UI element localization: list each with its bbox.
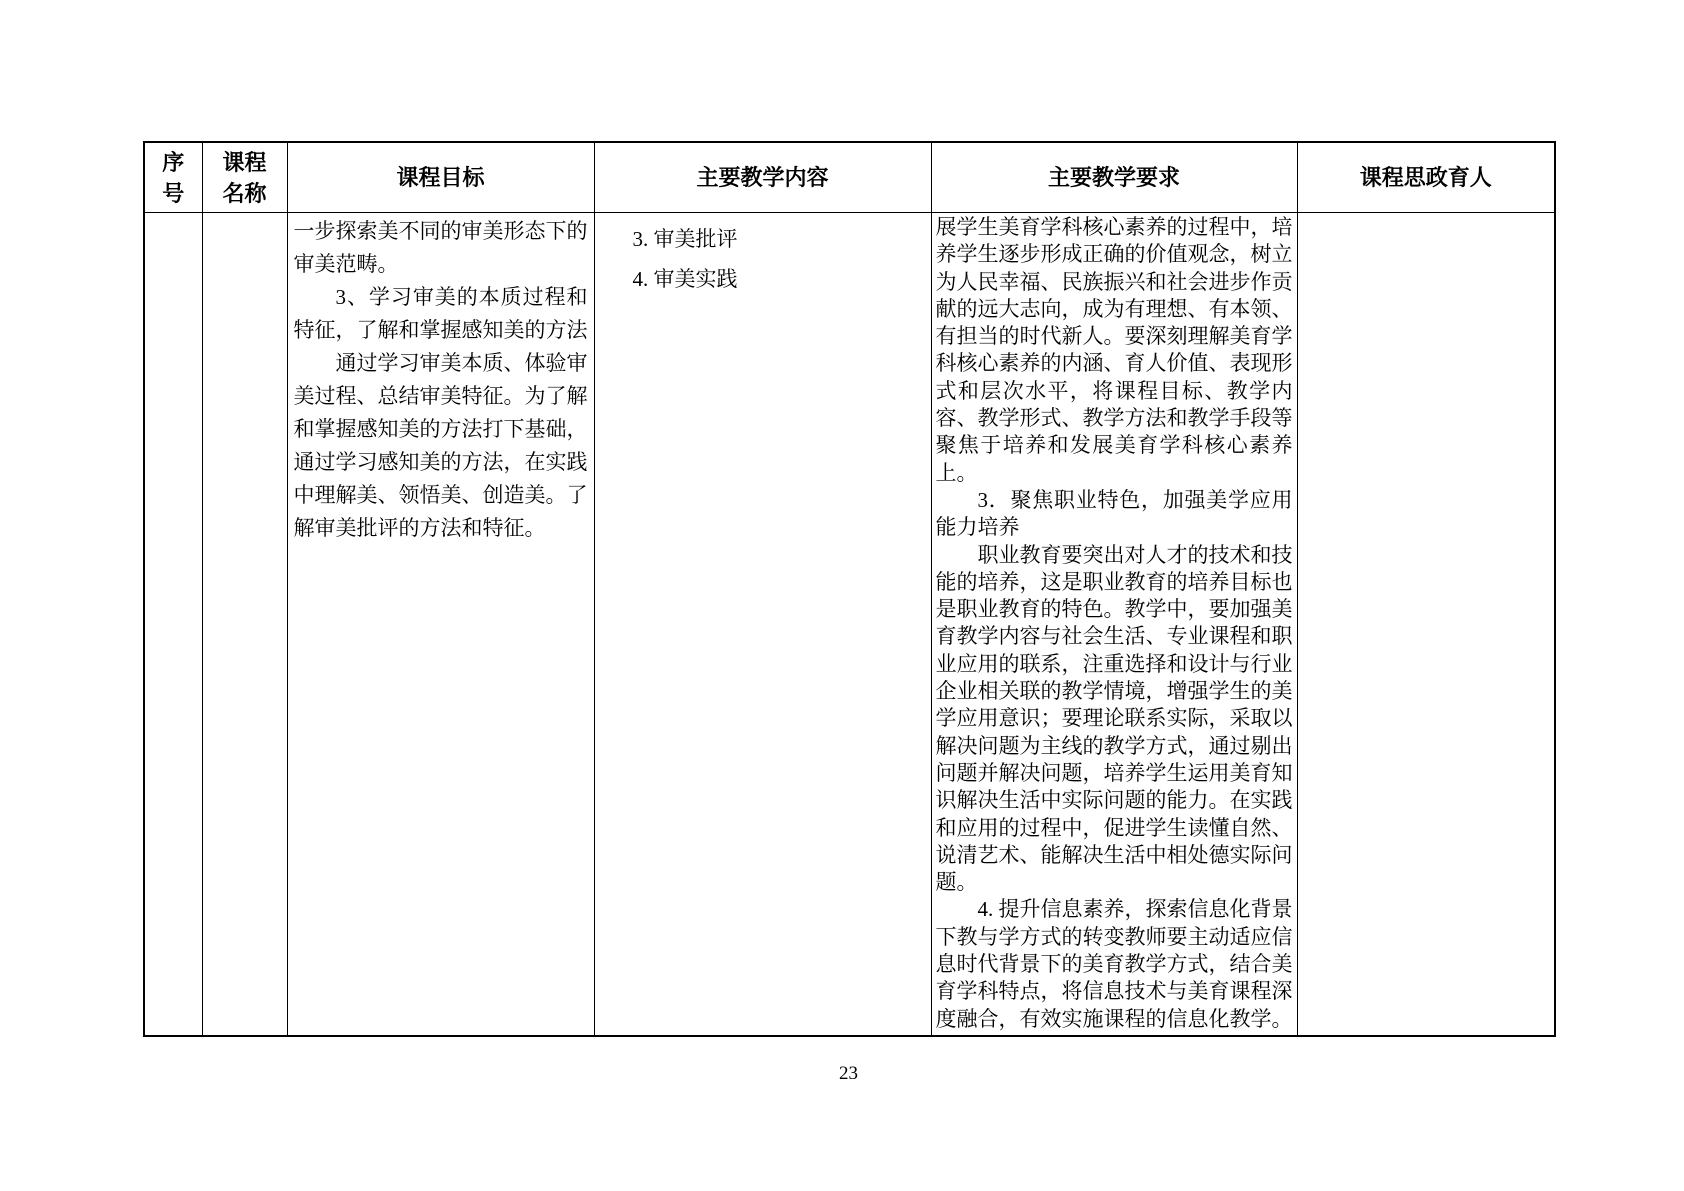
cell-ideological-education [1297,213,1555,1037]
content-item: 4. 审美实践 [633,259,925,299]
header-course-name-line1: 课程 [203,147,287,178]
document-page: 序 号 课程 名称 课程目标 主要教学内容 主要教学要求 课程思政育人 [0,0,1684,1191]
header-teaching-requirements: 主要教学要求 [931,142,1297,213]
cell-teaching-requirements: 展学生美育学科核心素养的过程中，培养学生逐步形成正确的价值观念，树立为人民幸福、… [931,213,1297,1037]
requirement-paragraph: 4. 提升信息素养，探索信息化背景下教与学方式的转变教师要主动适应信息时代背景下… [936,896,1293,1034]
table-body-row: 一步探索美不同的审美形态下的审美范畴。 3、学习审美的本质过程和特征，了解和掌握… [144,213,1555,1037]
header-course-name-line2: 名称 [203,178,287,209]
requirement-paragraph: 职业教育要突出对人才的技术和技能的培养，这是职业教育的培养目标也是职业教育的特色… [936,542,1293,897]
cell-teaching-content: 3. 审美批评 4. 审美实践 [594,213,931,1037]
cell-course-objectives: 一步探索美不同的审美形态下的审美范畴。 3、学习审美的本质过程和特征，了解和掌握… [287,213,594,1037]
header-serial-line1: 序 [145,147,202,178]
requirement-paragraph: 3．聚焦职业特色，加强美学应用能力培养 [936,487,1293,542]
header-course-objectives: 课程目标 [287,142,594,213]
course-syllabus-table: 序 号 课程 名称 课程目标 主要教学内容 主要教学要求 课程思政育人 [143,141,1556,1037]
requirement-paragraph: 展学生美育学科核心素养的过程中，培养学生逐步形成正确的价值观念，树立为人民幸福、… [936,214,1293,487]
content-item: 3. 审美批评 [633,219,925,259]
objective-paragraph: 一步探索美不同的审美形态下的审美范畴。 [294,215,588,281]
header-teaching-content: 主要教学内容 [594,142,931,213]
header-ideological-education: 课程思政育人 [1297,142,1555,213]
cell-serial-number [144,213,202,1037]
page-number: 23 [143,1063,1554,1085]
table-header-row: 序 号 课程 名称 课程目标 主要教学内容 主要教学要求 课程思政育人 [144,142,1555,213]
header-serial-line2: 号 [145,178,202,209]
header-course-name: 课程 名称 [202,142,287,213]
objective-paragraph: 通过学习审美本质、体验审美过程、总结审美特征。为了解和掌握感知美的方法打下基础，… [294,347,588,545]
objective-paragraph: 3、学习审美的本质过程和特征，了解和掌握感知美的方法 [294,281,588,347]
header-serial-number: 序 号 [144,142,202,213]
cell-course-name [202,213,287,1037]
